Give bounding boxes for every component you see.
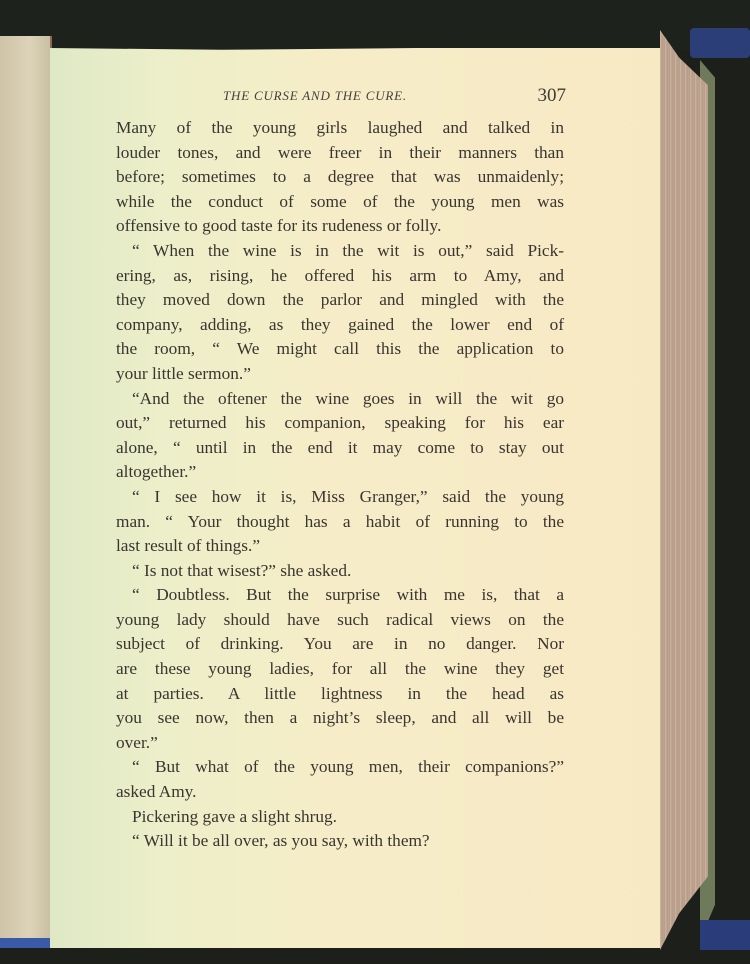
page-block-edges — [660, 30, 708, 950]
text-line: are these young ladies, for all the wine… — [116, 657, 564, 682]
text-line: “ Will it be all over, as you say, with … — [116, 829, 564, 854]
running-title: THE CURSE AND THE CURE. — [223, 88, 407, 104]
text-line: before; sometimes to a degree that was u… — [116, 165, 564, 190]
text-line: subject of drinking. You are in no dange… — [116, 632, 564, 657]
text-line: alone, “ until in the end it may come to… — [116, 436, 564, 461]
text-line: Many of the young girls laughed and talk… — [116, 116, 564, 141]
background-dark — [0, 0, 750, 50]
text-line: “ I see how it is, Miss Granger,” said t… — [116, 485, 564, 510]
page-content: THE CURSE AND THE CURE. 307 Many of the … — [116, 82, 564, 854]
running-head: THE CURSE AND THE CURE. 307 — [116, 82, 564, 116]
text-line: asked Amy. — [116, 780, 564, 805]
text-line: at parties. A little lightness in the he… — [116, 682, 564, 707]
text-line: “ But what of the young men, their compa… — [116, 755, 564, 780]
text-line: over.” — [116, 731, 564, 756]
text-line: “ Doubtless. But the surprise with me is… — [116, 583, 564, 608]
page-number: 307 — [538, 85, 567, 107]
book-photo: THE CURSE AND THE CURE. 307 Many of the … — [0, 0, 750, 964]
text-line: out,” returned his companion, speaking f… — [116, 411, 564, 436]
text-line: the room, “ We might call this the appli… — [116, 337, 564, 362]
text-line: louder tones, and were freer in their ma… — [116, 141, 564, 166]
text-line: company, adding, as they gained the lowe… — [116, 313, 564, 338]
body-text: Many of the young girls laughed and talk… — [116, 116, 564, 854]
text-line: you see now, then a night’s sleep, and a… — [116, 706, 564, 731]
text-line: “ Is not that wisest?” she asked. — [116, 559, 564, 584]
book-cover-corner — [700, 920, 750, 950]
text-line: Pickering gave a slight shrug. — [116, 805, 564, 830]
text-line: young lady should have such radical view… — [116, 608, 564, 633]
text-line: your little sermon.” — [116, 362, 564, 387]
text-line: offensive to good taste for its rudeness… — [116, 214, 564, 239]
text-line: man. “ Your thought has a habit of runni… — [116, 510, 564, 535]
text-line: altogether.” — [116, 460, 564, 485]
book-cover-edge — [690, 28, 750, 58]
left-page-edge — [0, 36, 52, 948]
text-line: they moved down the parlor and mingled w… — [116, 288, 564, 313]
text-line: ering, as, rising, he offered his arm to… — [116, 264, 564, 289]
text-line: while the conduct of some of the young m… — [116, 190, 564, 215]
text-line: last result of things.” — [116, 534, 564, 559]
text-line: “ When the wine is in the wit is out,” s… — [116, 239, 564, 264]
text-line: “And the oftener the wine goes in will t… — [116, 387, 564, 412]
